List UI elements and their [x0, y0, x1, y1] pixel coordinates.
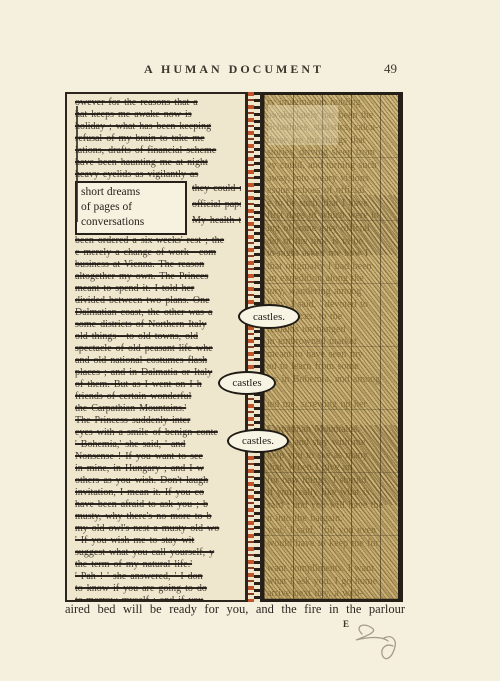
left-column-lower-lines: been ordered a six-weeks' rest ; thee me…: [75, 235, 241, 602]
hatched-text-line: for new things, I should: [267, 475, 395, 488]
divider-black-ladder: [254, 92, 261, 602]
struck-text-line: My health thus en: [192, 213, 241, 229]
struck-text-line: ' Bohemia,' she said, ' and: [75, 439, 241, 451]
struck-text-line: friends of certain wonderful: [75, 391, 241, 403]
struck-text-line: and old national costumes flash: [75, 355, 241, 367]
left-column-top-lines: owever for the reasons that ahat keeps m…: [75, 97, 241, 181]
struck-text-line: owever for the reasons that a: [75, 97, 241, 109]
hatched-text-line: want compliments. I want: [267, 563, 395, 576]
struck-text-line: invitation, I mean it. If you co: [75, 487, 241, 499]
struck-text-line: e merely a change of work—com: [75, 247, 241, 259]
hatched-text-line: ed to learn from some: [267, 361, 395, 374]
revealed-text-line: short dreams: [81, 185, 181, 200]
struck-text-line: to-morrow myself ; and if you: [75, 595, 241, 602]
hatched-text-line: these are the things that: [267, 135, 395, 148]
struck-text-line: have been afraid to ask you ; b: [75, 499, 241, 511]
hatched-text-line: e to be such, that I have: [267, 198, 395, 211]
hatched-text-line: ry imagination holding: [267, 97, 395, 110]
struck-text-line: musty, why there's no more to b: [75, 511, 241, 523]
left-column: owever for the reasons that ahat keeps m…: [65, 92, 247, 602]
struck-text-line: meant to spend it. I told her: [75, 283, 241, 295]
struck-text-line: altogether my own. The Princes: [75, 271, 241, 283]
hatched-text-line: you,' I said, ' till you even: [267, 525, 395, 538]
hatched-text-line: t.: [267, 412, 395, 425]
hatched-text-line: first days of which were to: [267, 210, 395, 223]
artist-signature-squiggle: [348, 620, 406, 672]
struck-text-line: been ordered a six-weeks' rest ; the: [75, 235, 241, 247]
speech-bubble-castles-3: castles.: [227, 429, 289, 453]
struck-text-line: ' If you wish me to stay wit: [75, 535, 241, 547]
hatched-text-line: arrive next day, a well-: [267, 588, 395, 601]
struck-text-line: suggest what you call yourself, y: [75, 547, 241, 559]
struck-text-line: heavy eyelids as vigilantly as: [75, 169, 241, 181]
speech-bubble-castles-1: castles.: [238, 304, 300, 329]
hatched-text-line: that originally I had been: [267, 261, 395, 274]
hatched-text-line: tory, wandering among: [267, 286, 395, 299]
left-column-beside-lines: they could not keofficial paper, on gMy …: [187, 181, 241, 235]
struck-text-line: old things—to old towns, old: [75, 331, 241, 343]
hatched-text-line: help you to see as many: [267, 450, 395, 463]
struck-text-line: holiday ; what has been keeping: [75, 121, 241, 133]
struck-text-line: to know if you are going to do: [75, 583, 241, 595]
divider-red-ladder: [247, 92, 254, 602]
struck-text-line: spectacle of old peasant life whe: [75, 343, 241, 355]
struck-text-line: the term of my natural life.': [75, 559, 241, 571]
hatched-text-line: an expedition along the: [267, 273, 395, 286]
struck-text-line: others as you wish. Don't laugh: [75, 475, 241, 487]
hatched-text-line: der of the time is to be: [267, 236, 395, 249]
struck-text-line: of them. But as I went on I h: [75, 379, 241, 391]
hatched-text-line: [267, 387, 395, 400]
page-number: 49: [384, 61, 397, 77]
hatched-text-line: Schedules, statistics, calcu-: [267, 122, 395, 135]
hatched-text-line: esque echoes of official: [267, 185, 395, 198]
hatched-text-line: awake lately has been the: [267, 110, 395, 123]
hatched-text-line: ted me, screwing up her: [267, 399, 395, 412]
struck-text-line: some districts of Northern Italy: [75, 319, 241, 331]
struck-text-line: they could not ke: [192, 181, 241, 197]
revealed-text-box: short dreamsof pages ofconversations: [75, 181, 187, 235]
struck-text-line: The Princess suddenly inter: [75, 415, 241, 427]
revealed-text-line: conversations: [81, 215, 181, 230]
hatched-text-line: n into the bargain.': [267, 513, 395, 526]
struck-text-line: eyes with a smile of benign conte: [75, 427, 241, 439]
struck-text-line: have been haunting me at night: [75, 157, 241, 169]
hatched-text-line: meant to have seen my: [267, 349, 395, 362]
hatched-text-line: if you really like what is: [267, 487, 395, 500]
struck-text-line: in mine, in Hungary ; and I w: [75, 463, 241, 475]
hatched-text-line: away, into weary visions: [267, 173, 395, 186]
hatched-text-line: in embrowned market: [267, 336, 395, 349]
stitched-divider-strip: [247, 92, 261, 602]
struck-text-line: hat keeps me awake now is: [75, 109, 241, 121]
revealed-text-line: of pages of: [81, 200, 181, 215]
struck-text-line: business at Vienna. The reason: [75, 259, 241, 271]
struck-text-line: official paper, on g: [192, 197, 241, 213]
right-column-lines: ry imagination holdingawake lately has b…: [264, 95, 398, 599]
hatched-text-line: ey could, and turning such: [267, 160, 395, 173]
hatched-text-line: that. When I give an: [267, 462, 395, 475]
hatched-text-line: stories, driving sleep from: [267, 147, 395, 160]
artwork-block: owever for the reasons that ahat keeps m…: [65, 92, 403, 602]
struck-text-line: refusal of my brain to take me: [75, 133, 241, 145]
struck-text-line: ' Pah ! ' she answered, ' I don: [75, 571, 241, 583]
hatched-text-line: would have to keep me for: [267, 538, 395, 551]
hatched-text-line: les in Bohemia, and among: [267, 374, 395, 387]
speech-bubble-castles-2: castles: [218, 371, 276, 395]
hatched-text-line: [267, 550, 395, 563]
hatched-text-line: said ; and you will have the: [267, 500, 395, 513]
struck-text-line: divided between two plans. One: [75, 295, 241, 307]
struck-text-line: Nonsense ! If you want to see: [75, 451, 241, 463]
hatched-text-line: to-night asked me how I: [267, 248, 395, 261]
hatched-text-line: ing of some easy official: [267, 223, 395, 236]
struck-text-line: lations, drafts of financial scheme: [75, 145, 241, 157]
struck-text-line: Dalmatian coast, the other was a: [75, 307, 241, 319]
hatched-text-line: what I ask you. I go home: [267, 576, 395, 589]
struck-text-line: the Carpathian Mountains.': [75, 403, 241, 415]
page-title: A HUMAN DOCUMENT: [65, 62, 403, 77]
struck-text-line: my old owl's nest a musty old wo: [75, 523, 241, 535]
reveal-row: short dreamsof pages ofconversations the…: [75, 181, 241, 235]
right-column: ry imagination holdingawake lately has b…: [261, 92, 403, 602]
book-page: A HUMAN DOCUMENT 49 owever for the reaso…: [0, 0, 500, 681]
footer-text: aired bed will be ready for you, and the…: [65, 602, 405, 617]
struck-text-line: places ; and in Dalmatia or Italy: [75, 367, 241, 379]
